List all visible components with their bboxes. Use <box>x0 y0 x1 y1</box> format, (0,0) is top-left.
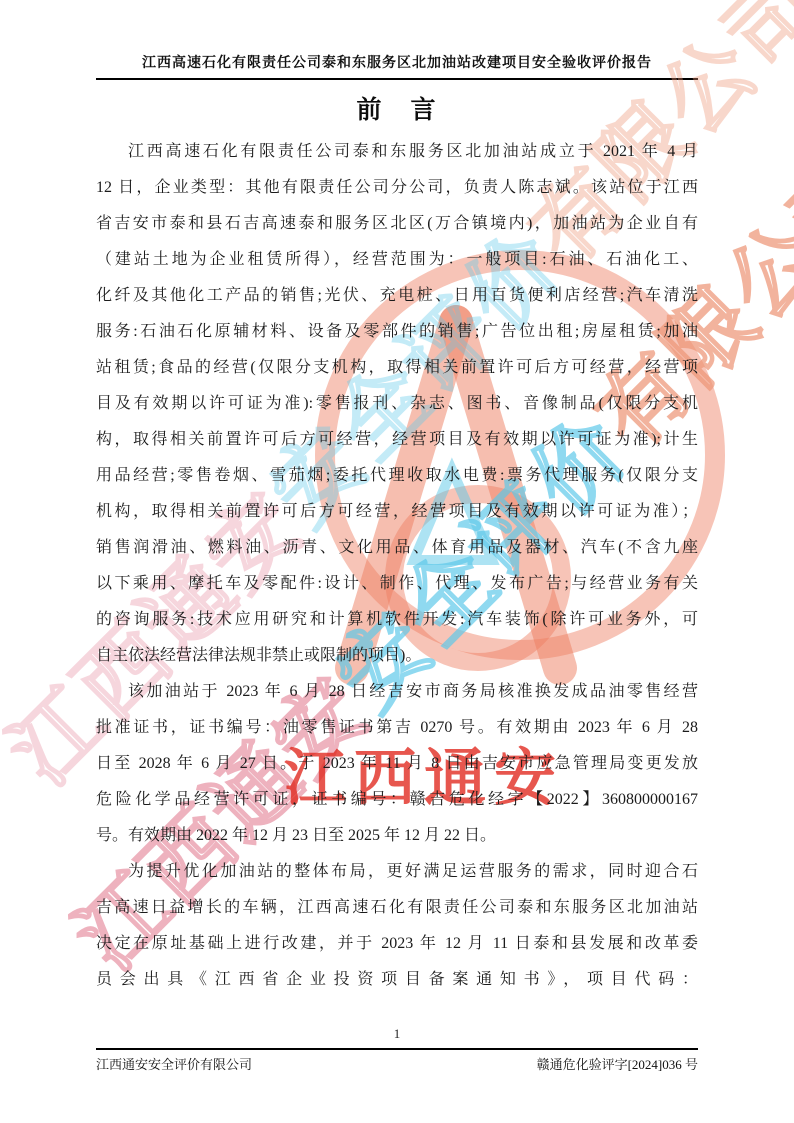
body-line: 员会出具《江西省企业投资项目备案通知书》，项目代码： <box>96 962 698 998</box>
body-line: 机构，取得相关前置许可后方可经营，经营项目及有效期以许可证为准）； <box>96 494 698 530</box>
body-line: 目及有效期以许可证为准):零售报刊、杂志、图书、音像制品(仅限分支机 <box>96 386 698 422</box>
body-line: 以下乘用、摩托车及零配件:设计、制作、代理、发布广告;与经营业务有关 <box>96 566 698 602</box>
footer-company-name: 江西通安安全评价有限公司 <box>96 1054 252 1073</box>
body-line: 号。有效期由 2022 年 12 月 23 日至 2025 年 12 月 22 … <box>96 818 698 854</box>
body-line: 站租赁;食品的经营(仅限分支机构，取得相关前置许可后方可经营，经营项 <box>96 350 698 386</box>
footer-rule <box>96 1048 698 1050</box>
body-line: 构，取得相关前置许可后方可经营，经营项目及有效期以许可证为准);计生 <box>96 422 698 458</box>
body-line: 危险化学品经营许可证，证书编号：赣吉危化经字【2022】360800000167 <box>96 782 698 818</box>
body-line: 批准证书，证书编号：油零售证书第吉 0270 号。有效期由 2023 年 6 月… <box>96 710 698 746</box>
body-line: 12 日，企业类型：其他有限责任公司分公司，负责人陈志斌。该站位于江西 <box>96 170 698 206</box>
footer-doc-number: 赣通危化验评字[2024]036 号 <box>537 1054 698 1073</box>
body-line: 用品经营;零售卷烟、雪茄烟;委托代理收取水电费:票务代理服务(仅限分支 <box>96 458 698 494</box>
body-line: 化纤及其他化工产品的销售;光伏、充电桩、日用百货便利店经营;汽车清洗 <box>96 278 698 314</box>
body-line: 为提升优化加油站的整体布局，更好满足运营服务的需求，同时迎合石 <box>96 854 698 890</box>
header-rule <box>96 78 698 80</box>
page-number: 1 <box>0 1026 794 1042</box>
body-line: （建站土地为企业租赁所得），经营范围为：一般项目:石油、石油化工、 <box>96 242 698 278</box>
report-page: 江西通安安全评价有限公司 江西通安安全评价有限公司 江西通安 江西高速石化有限责… <box>0 0 794 1123</box>
body-line: 销售润滑油、燃料油、沥青、文化用品、体育用品及器材、汽车(不含九座 <box>96 530 698 566</box>
body-line: 吉高速日益增长的车辆，江西高速石化有限责任公司泰和东服务区北加油站 <box>96 890 698 926</box>
body-line: 自主依法经营法律法规非禁止或限制的项目)。 <box>96 638 698 674</box>
body-line: 的咨询服务:技术应用研究和计算机软件开发:汽车装饰(除许可业务外，可 <box>96 602 698 638</box>
report-header-title: 江西高速石化有限责任公司泰和东服务区北加油站改建项目安全验收评价报告 <box>96 52 698 72</box>
body-line: 省吉安市泰和县石吉高速泰和服务区北区(万合镇境内)，加油站为企业自有 <box>96 206 698 242</box>
body-line: 该加油站于 2023 年 6 月 28 日经吉安市商务局核准换发成品油零售经营 <box>96 674 698 710</box>
body-text: 江西高速石化有限责任公司泰和东服务区北加油站成立于 2021 年 4 月12 日… <box>96 134 698 998</box>
body-line: 江西高速石化有限责任公司泰和东服务区北加油站成立于 2021 年 4 月 <box>96 134 698 170</box>
body-line: 决定在原址基础上进行改建，并于 2023 年 12 月 11 日泰和县发展和改革… <box>96 926 698 962</box>
body-line: 服务:石油石化原辅材料、设备及零部件的销售;广告位出租;房屋租赁;加油 <box>96 314 698 350</box>
page-title: 前 言 <box>0 90 794 126</box>
body-line: 日至 2028 年 6 月 27 日。于 2023 年 11 月 8 日由吉安市… <box>96 746 698 782</box>
